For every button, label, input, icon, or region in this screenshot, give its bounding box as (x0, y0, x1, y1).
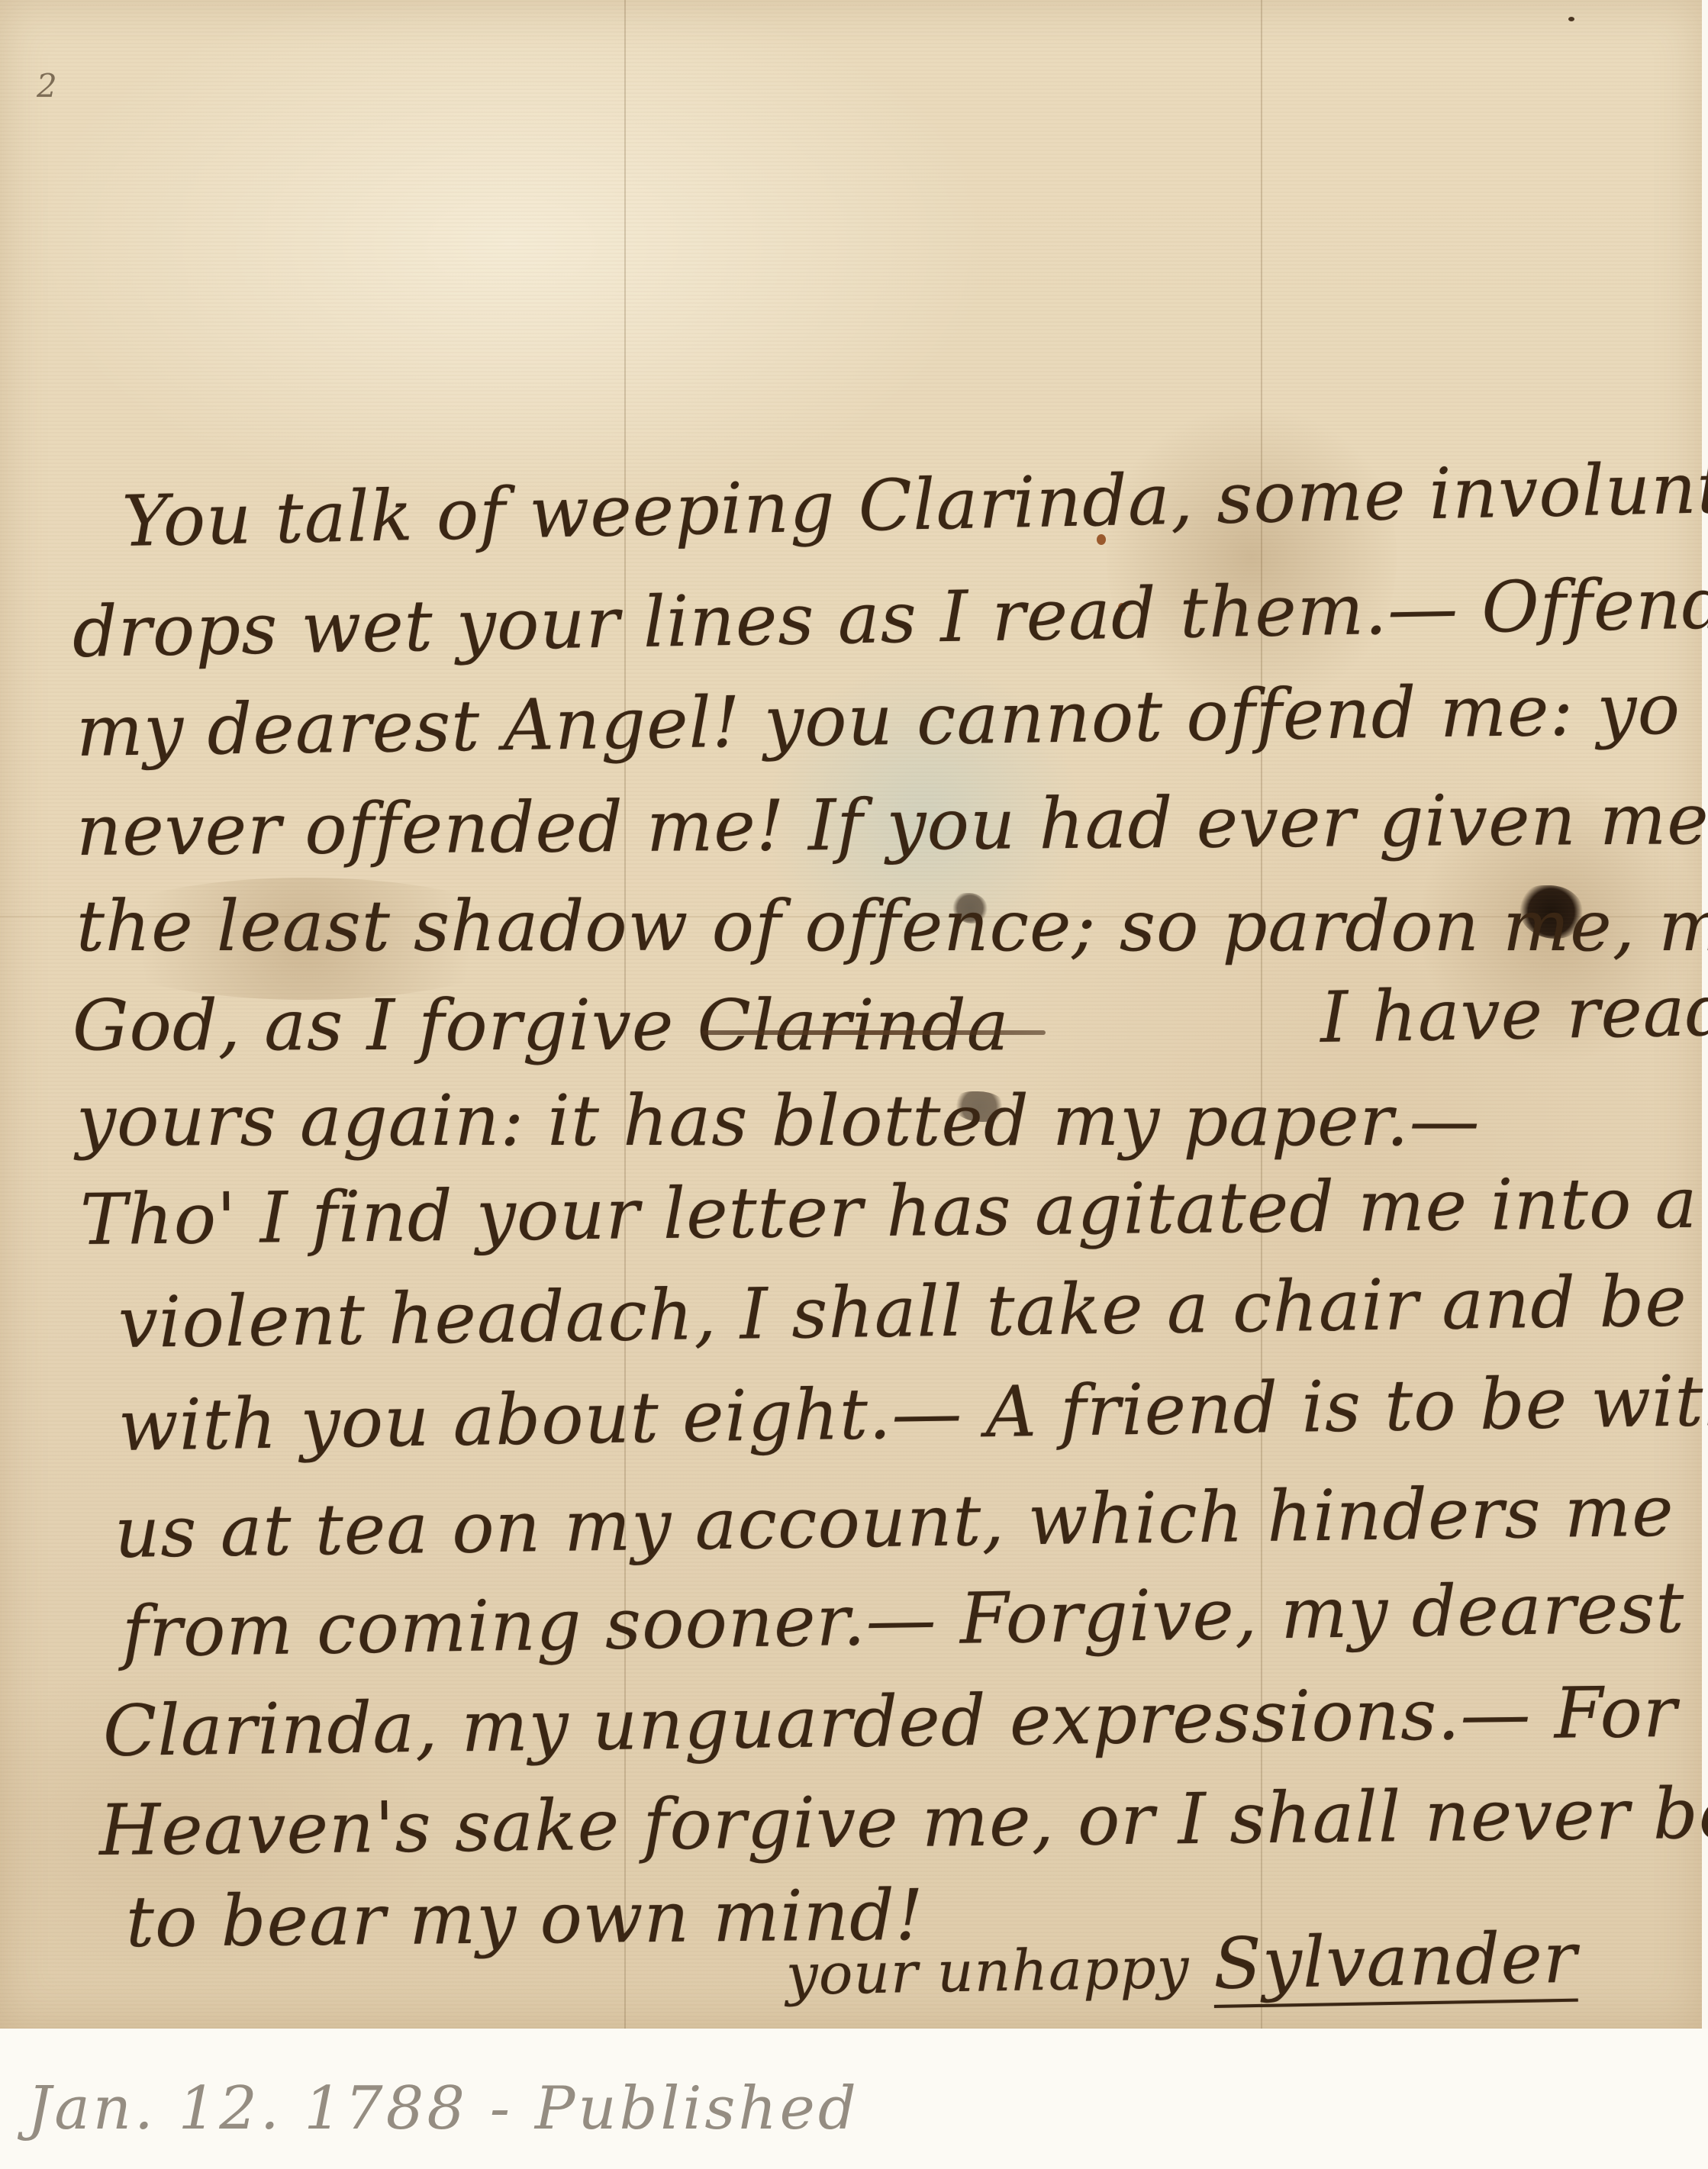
closing: your unhappy (785, 1935, 1190, 2008)
letter-line: Tho' I find your letter has agitated me … (79, 1162, 1697, 1261)
letter-line: drops wet your lines as I read them.— Of… (72, 560, 1708, 673)
letter-line: yours again: it has blotted my paper.— (76, 1080, 1481, 1162)
signature: Sylvander (1213, 1917, 1578, 2005)
letter-line: never offended me! If you had ever given… (76, 778, 1708, 872)
letter-line: Clarinda, my unguarded expressions.— For (102, 1671, 1677, 1772)
dash-rule (702, 1030, 1046, 1035)
pencil-annotation: Jan. 12. 1788 - Published (27, 2074, 859, 2143)
letter-line: with you about eight.— A friend is to be… (118, 1359, 1708, 1467)
letter-line: God, as I forgive Clarinda (73, 985, 1010, 1066)
letter-line: Heaven's sake forgive me, or I shall nev… (98, 1771, 1708, 1871)
letter-line: from coming sooner.— Forgive, my dearest (121, 1567, 1685, 1673)
letter-line: us at tea on my account, which hinders m… (114, 1470, 1674, 1574)
letter-body: You talk of weeping Clarinda, some invol… (0, 0, 1702, 2029)
letter-line: I have read (1320, 970, 1708, 1059)
letter-line: You talk of weeping Clarinda, some invol… (121, 445, 1708, 562)
letter-line: my dearest Angel! you cannot offend me: … (76, 669, 1681, 772)
letter-line: violent headach, I shall take a chair an… (118, 1260, 1687, 1364)
letter-line: the least shadow of offence; so pardon m… (76, 885, 1708, 967)
